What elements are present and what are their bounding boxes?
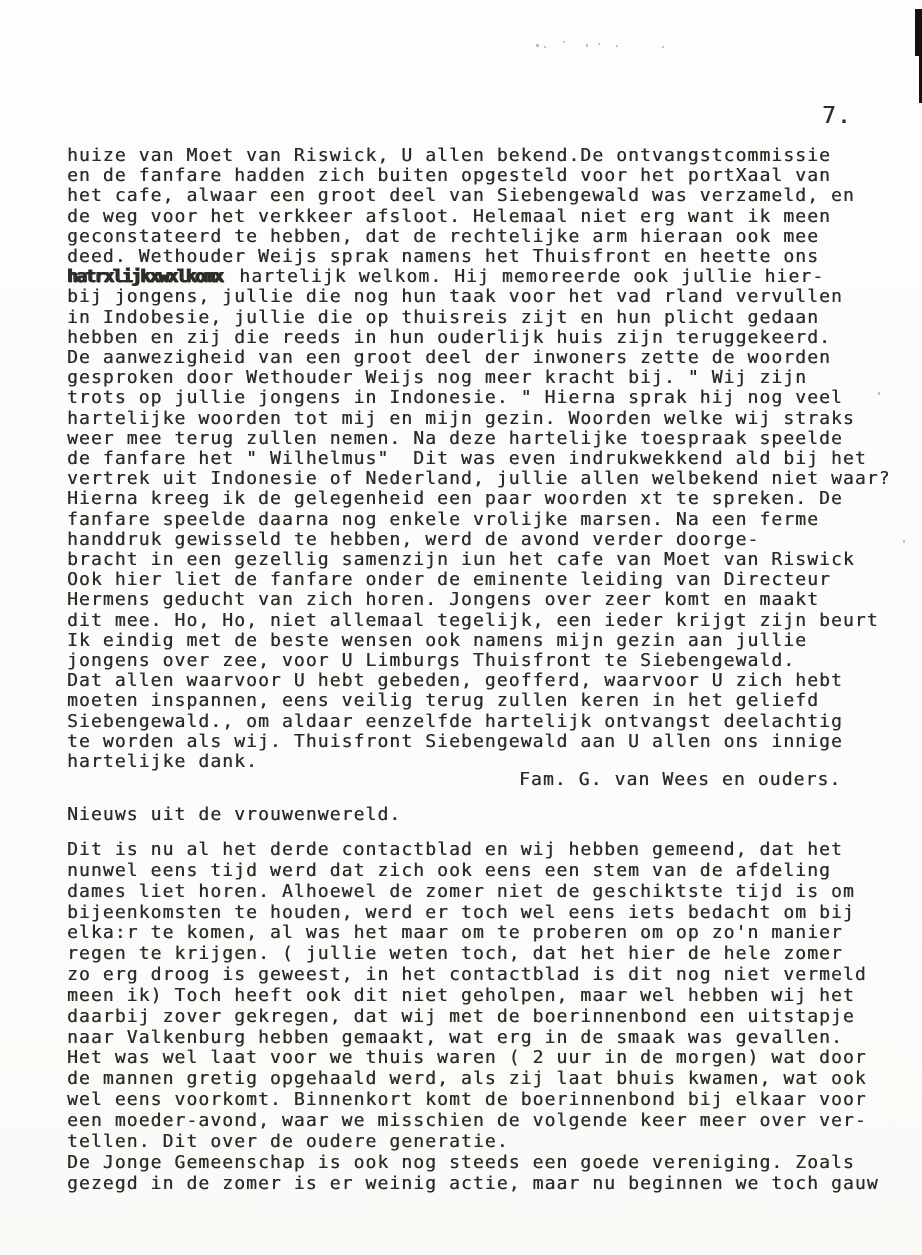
text-line: de fanfare het " Wilhelmus" Dit was even…	[67, 449, 891, 469]
signature-line: Fam. G. van Wees en ouders.	[519, 769, 841, 790]
ink-speck	[563, 41, 565, 43]
scan-edge-mark-thick	[915, 9, 922, 56]
text-line: Siebengewald., om aldaar eenzelfde harte…	[67, 712, 891, 732]
ink-speck	[586, 44, 588, 47]
text-line: weer mee terug zullen nemen. Na deze har…	[67, 429, 891, 449]
text-line: De aanwezigheid van een groot deel der i…	[67, 348, 891, 368]
text-line: Hermens geducht van zich horen. Jongens …	[67, 590, 891, 610]
ink-speck	[598, 43, 600, 45]
text-line: fanfare speelde daarna nog enkele vrolij…	[67, 510, 891, 530]
text-line: naar Valkenburg hebben gemaakt, wat erg …	[67, 1028, 879, 1049]
text-line: de mannen gretig opgehaald werd, als zij…	[67, 1069, 879, 1090]
text-line: hatrxlijkxwxlkomx hartelijk welkom. Hij …	[67, 267, 891, 287]
text-line: gesproken door Wethouder Weijs nog meer …	[67, 368, 891, 388]
text-line: bij jongens, jullie die nog hun taak voo…	[67, 287, 891, 307]
ink-speck	[903, 540, 905, 543]
news-paragraph: Dit is nu al het derde contactblad en wi…	[67, 840, 879, 1194]
text-line: De Jonge Gemeenschap is ook nog steeds e…	[67, 1153, 879, 1174]
text-line: vertrek uit Indonesie of Nederland, jull…	[67, 469, 891, 489]
text-line: tellen. Dit over de oudere generatie.	[67, 1132, 879, 1153]
text-line: Hierna kreeg ik de gelegenheid een paar …	[67, 489, 891, 509]
ink-speck	[536, 44, 539, 47]
text-line: elka:r te komen, al was het maar om te p…	[67, 923, 879, 944]
text-line: het cafe, alwaar een groot deel van Sieb…	[67, 186, 891, 206]
letter-paragraph: huize van Moet van Riswick, U allen beke…	[67, 146, 891, 772]
text-line: trots op jullie jongens in Indonesie. " …	[67, 388, 891, 408]
text-line: zo erg droog is geweest, in het contactb…	[67, 965, 879, 986]
text-line: Het was wel laat voor we thuis waren ( 2…	[67, 1048, 879, 1069]
text-line: bijeenkomsten te houden, werd er toch we…	[67, 903, 879, 924]
text-line: regen te krijgen. ( jullie weten toch, d…	[67, 944, 879, 965]
ink-speck	[662, 46, 664, 48]
text-line: te worden als wij. Thuisfront Siebengewa…	[67, 732, 891, 752]
text-line: in Indobesie, jullie die op thuisreis zi…	[67, 308, 891, 328]
text-line: huize van Moet van Riswick, U allen beke…	[67, 146, 891, 166]
text-line: een moeder-avond, waar we misschien de v…	[67, 1111, 879, 1132]
text-line: wel eens voorkomt. Binnenkort komt de bo…	[67, 1090, 879, 1111]
text-line: meen ik) Toch heeft ook dit niet geholpe…	[67, 986, 879, 1007]
text-line: nunwel eens tijd werd dat zich ook eens …	[67, 861, 879, 882]
document-page: 7. huize van Moet van Riswick, U allen b…	[0, 0, 922, 1255]
text-line: de weg voor het verkkeer afsloot. Helema…	[67, 207, 891, 227]
ink-speck	[616, 45, 618, 47]
text-line: geconstateerd te hebben, dat de rechteli…	[67, 227, 891, 247]
text-line: en de fanfare hadden zich buiten opgeste…	[67, 166, 891, 186]
text-line: bracht in een gezellig samenzijn iun het…	[67, 550, 891, 570]
section-heading: Nieuws uit de vrouwenwereld.	[67, 804, 401, 825]
text-line: moeten inspannen, eens veilig terug zull…	[67, 691, 891, 711]
text-line: gezegd in de zomer is er weinig actie, m…	[67, 1174, 879, 1195]
text-line: hebben en zij die reeds in hun ouderlijk…	[67, 328, 891, 348]
text-line: Dit is nu al het derde contactblad en wi…	[67, 840, 879, 861]
text-line: dames liet horen. Alhoewel de zomer niet…	[67, 882, 879, 903]
text-line: daarbij zover gekregen, dat wij met de b…	[67, 1007, 879, 1028]
page-number: 7.	[822, 103, 852, 129]
text-line: dit mee. Ho, Ho, niet allemaal tegelijk,…	[67, 611, 891, 631]
text-line: deed. Wethouder Weijs sprak namens het T…	[67, 247, 891, 267]
text-line: handdruk gewisseld te hebben, werd de av…	[67, 530, 891, 550]
text-line: Ook hier liet de fanfare onder de eminen…	[67, 570, 891, 590]
ink-speck	[544, 46, 546, 48]
text-line: Dat allen waarvoor U hebt gebeden, geoff…	[67, 671, 891, 691]
text-line: Ik eindig met de beste wensen ook namens…	[67, 631, 891, 651]
text-line: jongens over zee, voor U Limburgs Thuisf…	[67, 651, 891, 671]
overstruck-word: hatrxlijkxwxlkomx	[67, 266, 227, 287]
text-line: hartelijke woorden tot mij en mijn gezin…	[67, 409, 891, 429]
